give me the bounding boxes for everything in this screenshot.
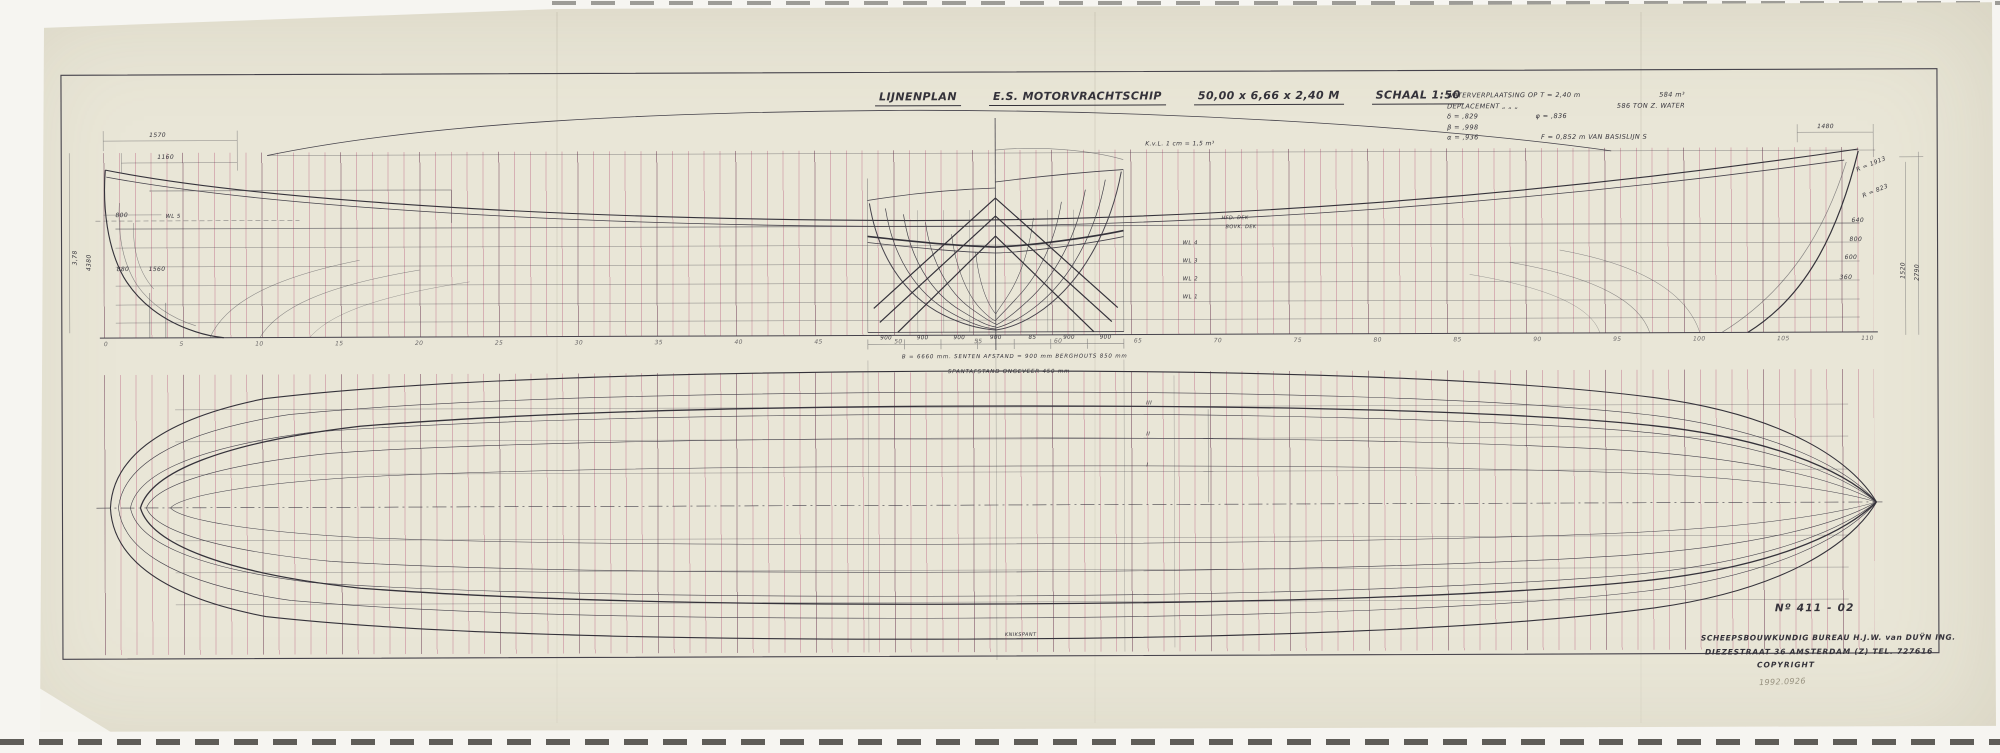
hydro-coefficients-3: α = ,936 F = 0,852 m VAN BASISLIJN S	[1447, 132, 1647, 143]
waterline-labels: WL 4WL 3WL 2WL 1	[1183, 240, 1199, 300]
dim-right-1480: 1480	[1817, 123, 1834, 130]
chine-label: KNIKSPANT	[1005, 632, 1037, 638]
chain-dimension: 900	[1087, 335, 1124, 341]
waterline-label: WL 1	[1183, 294, 1198, 300]
buttock-label: II	[1146, 431, 1152, 437]
border-frame	[61, 69, 1939, 660]
chain-dimension: 900	[941, 335, 978, 341]
hydro-f-value: F = 0,852 m VAN BASISLIJN S	[1541, 132, 1647, 143]
hydro-line2-value: 586 TON Z. WATER	[1617, 100, 1685, 111]
station-number: 0	[104, 341, 108, 348]
buttock-label: I	[1146, 462, 1152, 468]
station-number: 25	[495, 340, 503, 347]
station-number: 20	[415, 340, 423, 347]
station-number: 70	[1214, 337, 1222, 344]
dim-right-360: 360	[1840, 274, 1853, 281]
hydro-alpha: α = ,936	[1447, 132, 1479, 143]
hydro-line1-label: WATERVERPLAATSING OP T = 2,40 m	[1447, 90, 1581, 101]
copyright-line: COPYRIGHT	[1757, 660, 1815, 669]
body-plan-note-1: B = 6660 mm. SENTEN AFSTAND = 900 mm BER…	[902, 354, 1128, 361]
chain-dimension: 900	[978, 335, 1015, 341]
hydro-delta: δ = ,829	[1447, 111, 1478, 122]
body-plan-note-2: SPANTAFSTAND ONGEVEER 450 mm	[948, 369, 1070, 375]
hydro-phi: φ = ,836	[1536, 111, 1568, 122]
kvl-curve-label: K.v.L. 1 cm = 1,5 m³	[1145, 140, 1214, 147]
station-number: 105	[1777, 335, 1790, 342]
station-number: 5	[180, 341, 184, 348]
chain-dimension: 900	[904, 335, 941, 341]
dim-left-880: 880	[117, 266, 130, 273]
title-type: LIJNENPLAN	[875, 90, 961, 106]
dim-left-vertical-2: 4380	[86, 254, 93, 271]
buttock-line-labels: IIIIII	[1146, 400, 1152, 468]
chain-dimension: 900	[1051, 335, 1088, 341]
drawing-layer: LIJNENPLAN E.S. MOTORVRACHTSCHIP 50,00 x…	[0, 0, 2000, 753]
station-number: 45	[814, 339, 822, 346]
station-number: 30	[575, 339, 583, 346]
hydro-coefficients-2: β = ,998	[1447, 121, 1685, 132]
station-number: 35	[655, 339, 663, 346]
dim-right-640: 640	[1851, 217, 1864, 224]
station-number: 15	[335, 340, 343, 347]
body-plan-dimension-chain: 90090090090085900900	[868, 335, 1124, 342]
deck-line-label-lower: BOVK. DEK	[1225, 224, 1256, 230]
dim-right-vertical-2: 2790	[1914, 264, 1921, 281]
station-number: 40	[734, 339, 742, 346]
station-number: 110	[1861, 335, 1874, 342]
hydro-coefficients-1: δ = ,829 φ = ,836	[1447, 111, 1567, 122]
chain-dimension: 900	[868, 335, 905, 341]
title-dimensions: 50,00 x 6,66 x 2,40 M	[1194, 89, 1344, 106]
station-number: 75	[1294, 337, 1302, 344]
half-breadth-plan	[96, 353, 1883, 663]
station-number: 85	[1453, 336, 1461, 343]
dim-right-600: 600	[1845, 254, 1858, 261]
station-number: 95	[1613, 336, 1621, 343]
station-number: 100	[1693, 336, 1706, 343]
drawing-number: Nº 411 - 02	[1775, 602, 1855, 614]
waterline-label: WL 4	[1183, 240, 1198, 246]
hydrostatics-block: WATERVERPLAATSING OP T = 2,40 m 584 m³ D…	[1447, 90, 1685, 143]
film-perforation-bottom	[0, 739, 2000, 745]
scanned-lines-plan-sheet: LIJNENPLAN E.S. MOTORVRACHTSCHIP 50,00 x…	[0, 0, 2000, 753]
waterline-label: WL 3	[1183, 258, 1198, 264]
hydro-line2-label: DEPLACEMENT „ „ „	[1447, 101, 1518, 112]
title-vessel: E.S. MOTORVRACHTSCHIP	[989, 89, 1166, 106]
bureau-address: DIEZESTRAAT 36 AMSTERDAM (Z) TEL. 727616	[1705, 647, 1933, 657]
dim-left-800: 800	[115, 212, 128, 219]
deck-line-label-upper: HFD. DEK	[1221, 215, 1248, 221]
hydro-displacement-tons: DEPLACEMENT „ „ „ 586 TON Z. WATER	[1447, 100, 1685, 111]
waterline-label: WL 2	[1183, 276, 1198, 282]
dim-left-vertical-1: 3,78	[72, 250, 79, 265]
dim-right-800: 800	[1850, 236, 1863, 243]
hydro-line1-value: 584 m³	[1659, 90, 1685, 101]
dim-left-1570: 1570	[149, 132, 166, 139]
station-number: 80	[1373, 337, 1381, 344]
archive-pencil-note: 1992.0926	[1759, 676, 1806, 687]
dim-left-1560: 1560	[149, 266, 166, 273]
station-number: 10	[255, 341, 263, 348]
dim-right-vertical-1: 1520	[1900, 262, 1907, 279]
title-block: LIJNENPLAN E.S. MOTORVRACHTSCHIP 50,00 x…	[875, 88, 1465, 106]
bureau-name: SCHEEPSBOUWKUNDIG BUREAU H.J.W. van DUŸN…	[1701, 633, 1956, 643]
station-number: 65	[1134, 338, 1142, 345]
station-number: 90	[1533, 336, 1541, 343]
waterline-5-label: WL 5	[165, 214, 180, 220]
chain-dimension: 85	[1014, 335, 1051, 341]
buttock-label: III	[1146, 400, 1152, 406]
dim-left-1160: 1160	[157, 154, 174, 161]
